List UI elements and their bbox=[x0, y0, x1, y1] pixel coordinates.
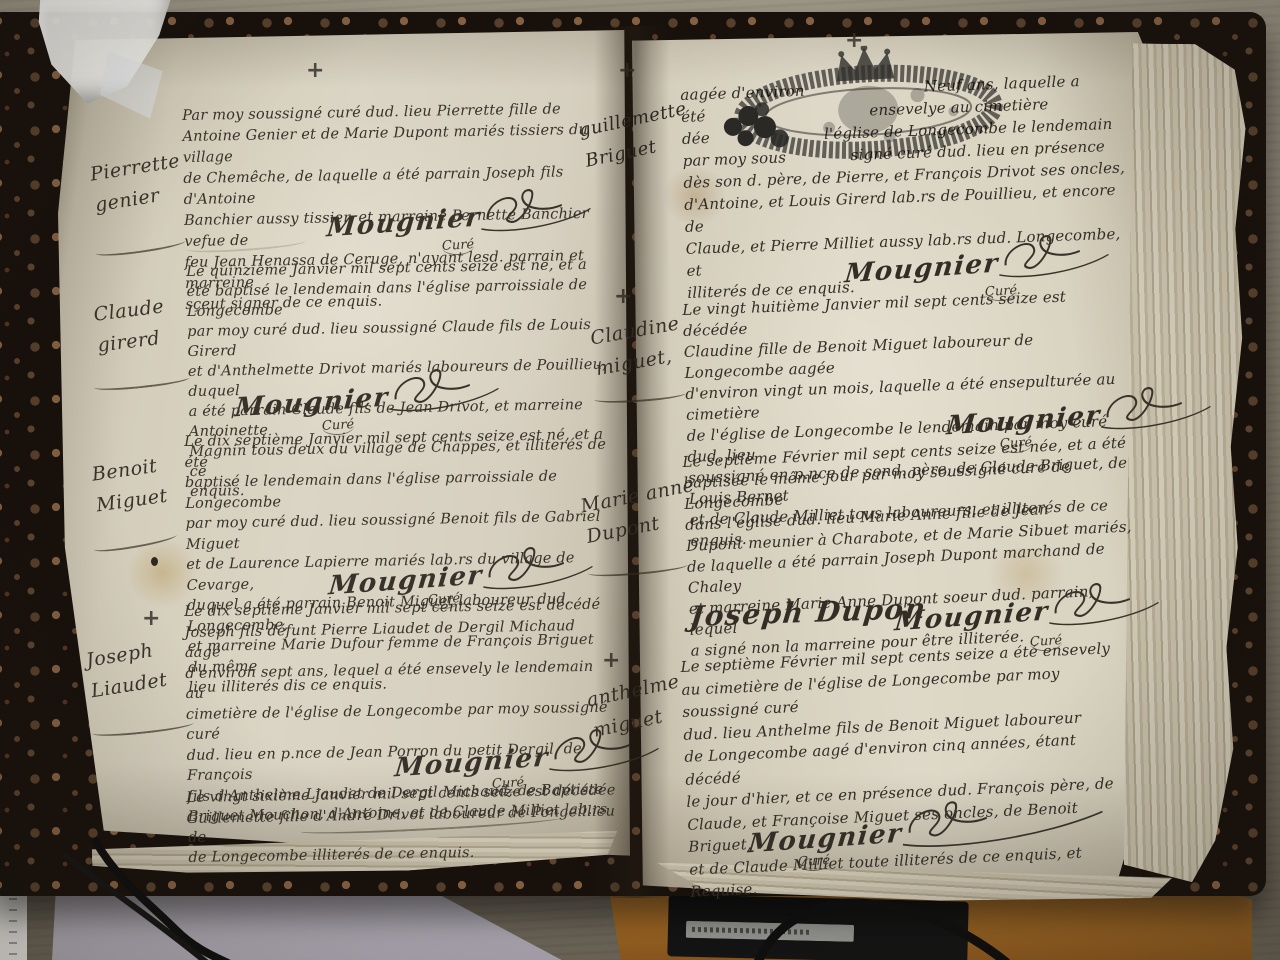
cable-left bbox=[96, 842, 230, 960]
cable-right bbox=[758, 903, 1006, 960]
cable-left-2 bbox=[66, 856, 206, 960]
photo-of-parish-register: + + + + + + Pierrette genier Claude gire… bbox=[0, 0, 1280, 960]
cables-overlay bbox=[0, 0, 1280, 960]
